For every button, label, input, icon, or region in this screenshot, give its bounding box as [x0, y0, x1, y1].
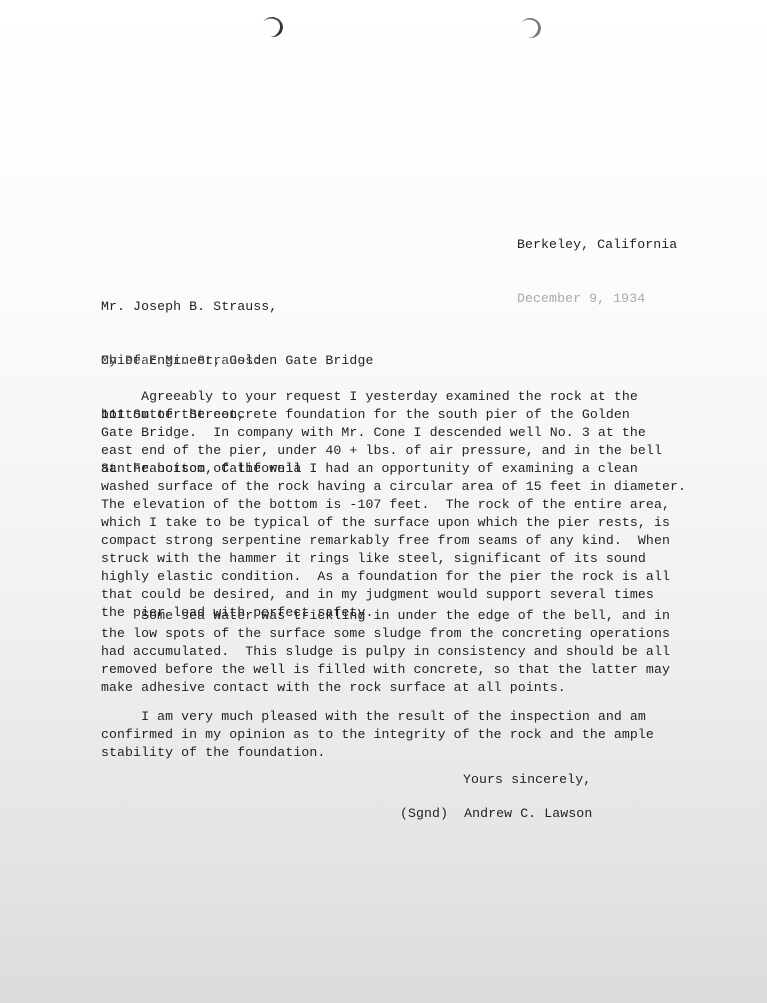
- place-line: Berkeley, California: [517, 236, 677, 254]
- body-paragraph: Agreeably to your request I yesterday ex…: [101, 388, 686, 622]
- body-paragraph: I am very much pleased with the result o…: [101, 708, 654, 762]
- address-line: Mr. Joseph B. Strauss,: [101, 298, 373, 316]
- closing: Yours sincerely,: [463, 771, 591, 789]
- punch-hole-mark-icon: [259, 14, 286, 40]
- signature: (Sgnd) Andrew C. Lawson: [400, 805, 592, 823]
- body-paragraph: Some sea water was trickling in under th…: [101, 607, 670, 697]
- date-line: December 9, 1934: [517, 290, 677, 308]
- letter-page: Berkeley, California December 9, 1934 Mr…: [0, 0, 767, 1003]
- salutation: My Dear Mr. Strauss:: [101, 352, 261, 370]
- date-block: Berkeley, California December 9, 1934: [517, 200, 677, 344]
- punch-hole-mark-icon: [517, 15, 544, 41]
